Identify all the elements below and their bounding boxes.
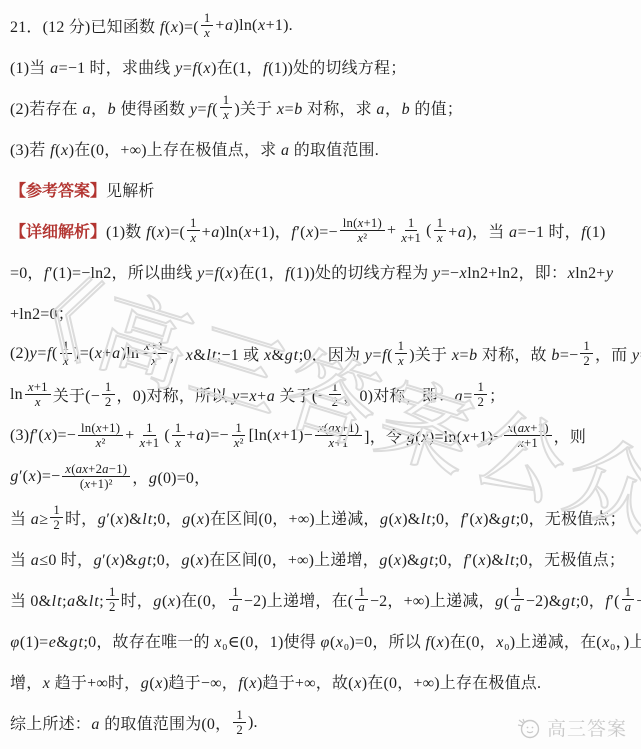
text-run: )关于 x=b 对称，求 a，b 的值； (234, 96, 463, 119)
text-run: 时，g′(x)&lt;0，g(x)在区间(0，+∞)上递减，g(x)&lt;0，… (65, 506, 626, 529)
text-run: (2)y=f( (10, 345, 58, 363)
case-a-between: 当 0&lt;a&lt;12时，g(x)在(0，1a−2)上递增，在(1a−2，… (10, 579, 637, 620)
text-run: 时，g(x)在(0， (121, 588, 228, 611)
fraction: 12 (474, 380, 487, 409)
text-run: 当 a≥ (10, 506, 48, 529)
solution-line-4: (2)y=f(1x)=(x+a)lnx+1x，x&lt;−1 或 x&gt;0，… (10, 333, 637, 374)
text-run: g′(x)=− (10, 468, 60, 486)
solution-line-5: lnx+1x关于(−12，0)对称，所以 y=x+a 关于(−12，0)对称，即… (10, 374, 637, 415)
text-run: + (125, 427, 134, 445)
text-run: )关于 x=b 对称，故 b=− (409, 342, 578, 365)
text-run: ，0)对称，所以 y=x+a 关于(− (117, 383, 327, 406)
section-label: 【参考答案】 (10, 178, 106, 201)
fraction: 1a (355, 585, 368, 614)
fraction: 1a (511, 585, 524, 614)
text-run: φ(1)=e&gt;0，故存在唯一的 x₀∈(0，1)使得 φ(x₀)=0，所以… (10, 629, 641, 652)
fraction: 1x (201, 11, 214, 40)
reference-answer: 【参考答案】见解析 (10, 169, 637, 210)
fraction: 12 (50, 503, 63, 532)
solution-line-2: =0，f′(1)=−ln2，所以曲线 y=f(x)在(1，f(1))处的切线方程… (10, 251, 637, 292)
fraction: ln(x+1)x² (340, 216, 385, 245)
fraction: 1x (434, 216, 447, 245)
fraction: 1x+1 (398, 216, 424, 245)
text-run: −2，+∞)上递减，g( (370, 588, 509, 611)
text-run: ； (489, 383, 505, 406)
text-run: ，g(0)=0， (132, 465, 210, 488)
text-run: (3)若 f(x)在(0，+∞)上存在极值点，求 a 的取值范围. (10, 137, 379, 160)
case-a-ge-half: 当 a≥12时，g′(x)&lt;0，g(x)在区间(0，+∞)上递减，g(x)… (10, 497, 637, 538)
text-run: −2)上递增，在( (244, 588, 353, 611)
solution-line-7: g′(x)=−x(ax+2a−1)(x+1)²，g(0)=0， (10, 456, 637, 497)
text-run: 增，x 趋于+∞时，g(x)趋于−∞，f(x)趋于+∞，故(x)在(0，+∞)上… (10, 670, 541, 693)
fraction: 1x (187, 216, 200, 245)
text-run: 当 0&lt;a&lt; (10, 588, 104, 611)
text-run: ，而 y= (595, 342, 641, 365)
text-run: )=(x+a)ln (74, 345, 139, 363)
brand-logo: 高三答案 (516, 714, 627, 741)
fraction: x(ax+1)x+1 (315, 421, 362, 450)
text-run: (3)f′(x)=− (10, 427, 76, 445)
text-run: (1)当 a=−1 时，求曲线 y=f(x)在(1，f(1))处的切线方程； (10, 55, 406, 78)
solution-line-11: φ(1)=e&gt;0，故存在唯一的 x₀∈(0，1)使得 φ(x₀)=0，所以… (10, 620, 637, 661)
fraction: 1x (395, 339, 408, 368)
solution-line-1: 【详细解析】(1)数 f(x)=(1x+a)ln(x+1)，f′(x)=−ln(… (10, 210, 637, 251)
fraction: 1x (172, 421, 185, 450)
section-label: 【详细解析】 (10, 219, 106, 242)
fraction: 12 (102, 380, 115, 409)
text-run: ，x&lt;−1 或 x&gt;0，因为 y=f( (169, 342, 393, 365)
fraction: 12 (329, 380, 342, 409)
fraction: 1a (229, 585, 242, 614)
text-run: ). (248, 714, 258, 732)
fraction: 1x (220, 93, 233, 122)
text-run: =0，f′(1)=−ln2，所以曲线 y=f(x)在(1，f(1))处的切线方程… (10, 260, 614, 283)
text-run: 当 a≤0 时，g′(x)&gt;0，g(x)在区间(0，+∞)上递增，g(x)… (10, 547, 625, 570)
fraction: 12 (580, 339, 593, 368)
solution-line-12: 增，x 趋于+∞时，g(x)趋于−∞，f(x)趋于+∞，故(x)在(0，+∞)上… (10, 661, 637, 702)
text-run: + (387, 222, 396, 240)
case-a-le-zero: 当 a≤0 时，g′(x)&gt;0，g(x)在区间(0，+∞)上递增，g(x)… (10, 538, 637, 579)
text-run: ]，令 g(x)=ln(x+1)− (364, 424, 502, 447)
text-run: ( (426, 222, 432, 240)
question-part-3: (3)若 f(x)在(0，+∞)上存在极值点，求 a 的取值范围. (10, 128, 637, 169)
text-run: ，0)对称，即：a= (343, 383, 472, 406)
text-run: +a)ln(x+1). (215, 17, 292, 35)
fraction: 1x² (231, 421, 247, 450)
text-run: −2)&gt;0，f′( (526, 588, 620, 611)
fraction: 1x+1 (136, 421, 162, 450)
text-run: +a)=− (187, 427, 229, 445)
brand-logo-text: 高三答案 (547, 714, 627, 741)
text-run: (2)若存在 a，b 使得函数 y=f( (10, 96, 218, 119)
fraction: 12 (106, 585, 119, 614)
question-part-1: (1)当 a=−1 时，求曲线 y=f(x)在(1，f(1))处的切线方程； (10, 46, 637, 87)
text-run: (1)数 f(x)=( (106, 219, 185, 242)
text-run: 关于(− (53, 383, 100, 406)
text-run: +a)ln(x+1)，f′(x)=− (202, 219, 338, 242)
fraction: x+1x (25, 380, 51, 409)
fraction: ln(x+1)x² (78, 421, 123, 450)
text-run: 综上所述：a 的取值范围为(0， (10, 711, 231, 734)
solution-line-6: (3)f′(x)=−ln(x+1)x²+1x+1(1x+a)=−1x²[ln(x… (10, 415, 637, 456)
text-run: 见解析 (106, 178, 155, 201)
fraction: 12 (233, 708, 246, 737)
question-part-2: (2)若存在 a，b 使得函数 y=f(1x)关于 x=b 对称，求 a，b 的… (10, 87, 637, 128)
math-solution-content: 21．(12 分)已知函数 f(x)=(1x+a)ln(x+1).(1)当 a=… (0, 0, 641, 743)
problem-statement: 21．(12 分)已知函数 f(x)=(1x+a)ln(x+1). (10, 5, 637, 46)
solution-line-3: +ln2=0； (10, 292, 637, 333)
text-run: ( (164, 427, 170, 445)
text-run: ，则 (554, 424, 586, 447)
fraction: x(ax+2a−1)(x+1)² (62, 462, 130, 491)
fraction: x+1x (141, 339, 167, 368)
text-run: −2)&lt;0， (636, 588, 641, 611)
fraction: x(ax+1)x+1 (504, 421, 551, 450)
text-run: [ln(x+1)− (249, 427, 313, 445)
text-run: +a)，当 a=−1 时，f(1) (448, 219, 605, 242)
smiley-face-icon (516, 716, 542, 740)
text-run: 21．(12 分)已知函数 f(x)=( (10, 14, 199, 37)
fraction: 1a (622, 585, 635, 614)
text-run: +ln2=0； (10, 301, 74, 324)
fraction: 1x (60, 339, 73, 368)
text-run: ln (10, 386, 23, 404)
document-page: 21．(12 分)已知函数 f(x)=(1x+a)ln(x+1).(1)当 a=… (0, 0, 641, 749)
